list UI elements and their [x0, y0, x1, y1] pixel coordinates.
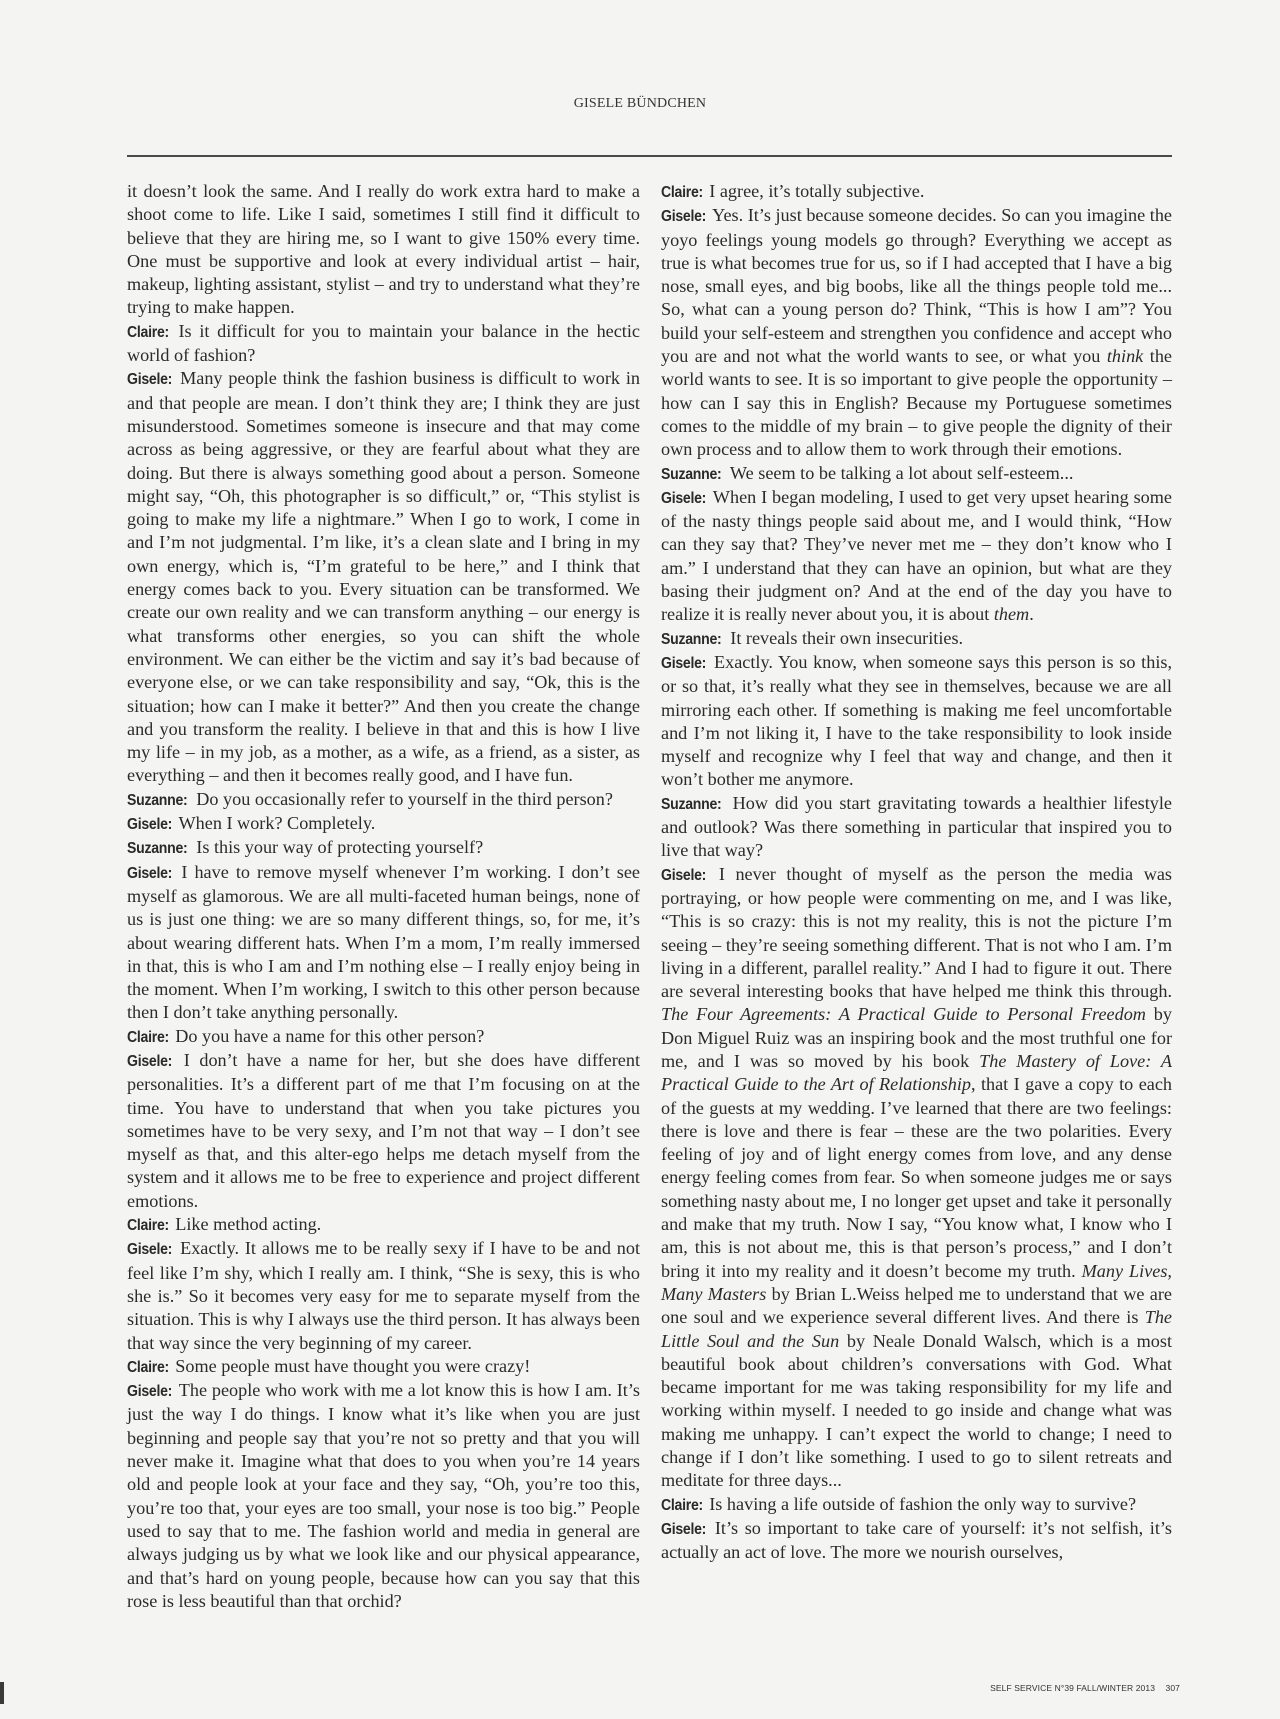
interview-paragraph: Claire: Is having a life outside of fash…: [661, 1493, 1172, 1517]
paragraph-text: Do you have a name for this other person…: [171, 1026, 485, 1046]
speaker-label: Gisele:: [127, 368, 172, 391]
speaker-label: Gisele:: [127, 1050, 172, 1073]
interview-paragraph: Gisele: I have to remove myself whenever…: [127, 861, 640, 1025]
column-left: it doesn’t look the same. And I really d…: [127, 180, 640, 1613]
speaker-label: Gisele:: [127, 1380, 172, 1403]
paragraph-text: It’s so important to take care of yourse…: [661, 1518, 1172, 1562]
speaker-label: Claire:: [127, 1214, 169, 1237]
book-title-italic: The Four Agreements: A Practical Guide t…: [661, 1004, 1146, 1024]
interview-paragraph: Gisele: Many people think the fashion bu…: [127, 367, 640, 787]
paragraph-text: by Neale Donald Walsch, which is a most …: [661, 1331, 1172, 1491]
paragraph-text: Do you occasionally refer to yourself in…: [192, 789, 613, 809]
interview-paragraph: Gisele: Exactly. It allows me to be real…: [127, 1237, 640, 1354]
interview-paragraph: Claire: Some people must have thought yo…: [127, 1355, 640, 1379]
paragraph-text: It reveals their own insecurities.: [726, 628, 963, 648]
interview-paragraph: Suzanne: Is this your way of protecting …: [127, 836, 640, 860]
speaker-label: Suzanne:: [661, 628, 721, 651]
interview-paragraph: Gisele: When I began modeling, I used to…: [661, 486, 1172, 627]
speaker-label: Claire:: [661, 181, 703, 204]
speaker-label: Suzanne:: [127, 837, 187, 860]
interview-paragraph: Suzanne: How did you start gravitating t…: [661, 792, 1172, 863]
paragraph-text: I have to remove myself whenever I’m wor…: [127, 862, 640, 1023]
paragraph-text: I agree, it’s totally subjective.: [705, 181, 925, 201]
paragraph-text: When I work? Completely.: [174, 813, 375, 833]
scan-edge-mark: [0, 1682, 4, 1704]
page-footer: SELF SERVICE N°39 FALL/WINTER 2013 307: [990, 1683, 1180, 1693]
speaker-label: Suzanne:: [661, 463, 721, 486]
interview-paragraph: Claire: Like method acting.: [127, 1213, 640, 1237]
interview-paragraph: Gisele: It’s so important to take care o…: [661, 1517, 1172, 1565]
paragraph-text: How did you start gravitating towards a …: [661, 793, 1172, 861]
paragraph-text: it doesn’t look the same. And I really d…: [127, 181, 640, 317]
speaker-label: Claire:: [127, 321, 169, 344]
interview-paragraph: Suzanne: It reveals their own insecuriti…: [661, 627, 1172, 651]
interview-paragraph: Gisele: The people who work with me a lo…: [127, 1379, 640, 1613]
book-title-italic: think: [1107, 346, 1143, 366]
paragraph-text: Is this your way of protecting yourself?: [192, 837, 483, 857]
interview-paragraph: Gisele: I don’t have a name for her, but…: [127, 1049, 640, 1213]
speaker-label: Gisele:: [127, 1238, 172, 1261]
interview-paragraph: Gisele: I never thought of myself as the…: [661, 863, 1172, 1493]
footer-publication: SELF SERVICE N°39 FALL/WINTER 2013: [990, 1683, 1155, 1693]
speaker-label: Claire:: [661, 1494, 703, 1517]
speaker-label: Gisele:: [127, 862, 172, 885]
running-head: GISELE BÜNDCHEN: [0, 96, 1280, 112]
header-rule: [127, 155, 1172, 157]
paragraph-text: Many people think the fashion business i…: [127, 368, 640, 785]
speaker-label: Suzanne:: [127, 789, 187, 812]
column-right: Claire: I agree, it’s totally subjective…: [661, 180, 1172, 1565]
speaker-label: Gisele:: [661, 1518, 706, 1541]
paragraph-text: We seem to be talking a lot about self-e…: [726, 463, 1074, 483]
speaker-label: Claire:: [127, 1356, 169, 1379]
paragraph-text: I never thought of myself as the person …: [661, 864, 1172, 1001]
interview-paragraph: Gisele: Exactly. You know, when someone …: [661, 651, 1172, 792]
interview-paragraph: Gisele: When I work? Completely.: [127, 812, 640, 836]
paragraph-text: Exactly. You know, when someone says thi…: [661, 652, 1172, 789]
speaker-label: Gisele:: [661, 864, 706, 887]
paragraph-text: The people who work with me a lot know t…: [127, 1380, 640, 1611]
paragraph-text: Is having a life outside of fashion the …: [705, 1494, 1136, 1514]
speaker-label: Gisele:: [661, 652, 706, 675]
paragraph-text: Like method acting.: [171, 1214, 322, 1234]
paragraph-text: When I began modeling, I used to get ver…: [661, 487, 1172, 624]
interview-paragraph: Claire: Do you have a name for this othe…: [127, 1025, 640, 1049]
speaker-label: Suzanne:: [661, 793, 721, 816]
book-title-italic: them: [994, 604, 1029, 624]
speaker-label: Claire:: [127, 1026, 169, 1049]
paragraph-text: I don’t have a name for her, but she doe…: [127, 1050, 640, 1211]
interview-paragraph: Claire: I agree, it’s totally subjective…: [661, 180, 1172, 204]
interview-paragraph: Claire: Is it difficult for you to maint…: [127, 320, 640, 368]
paragraph-text: .: [1029, 604, 1034, 624]
interview-paragraph: Gisele: Yes. It’s just because someone d…: [661, 204, 1172, 461]
interview-paragraph: Suzanne: We seem to be talking a lot abo…: [661, 462, 1172, 486]
paragraph-text: Some people must have thought you were c…: [171, 1356, 531, 1376]
paragraph-text: Exactly. It allows me to be really sexy …: [127, 1238, 640, 1352]
paragraph-text: Yes. It’s just because someone decides. …: [661, 205, 1172, 366]
speaker-label: Gisele:: [661, 205, 706, 228]
interview-paragraph: Suzanne: Do you occasionally refer to yo…: [127, 788, 640, 812]
paragraph-text: Is it difficult for you to maintain your…: [127, 321, 640, 365]
speaker-label: Gisele:: [661, 487, 706, 510]
interview-paragraph: it doesn’t look the same. And I really d…: [127, 180, 640, 320]
page-number: 307: [1166, 1683, 1180, 1693]
paragraph-text: , that I gave a copy to each of the gues…: [661, 1074, 1172, 1280]
speaker-label: Gisele:: [127, 813, 172, 836]
